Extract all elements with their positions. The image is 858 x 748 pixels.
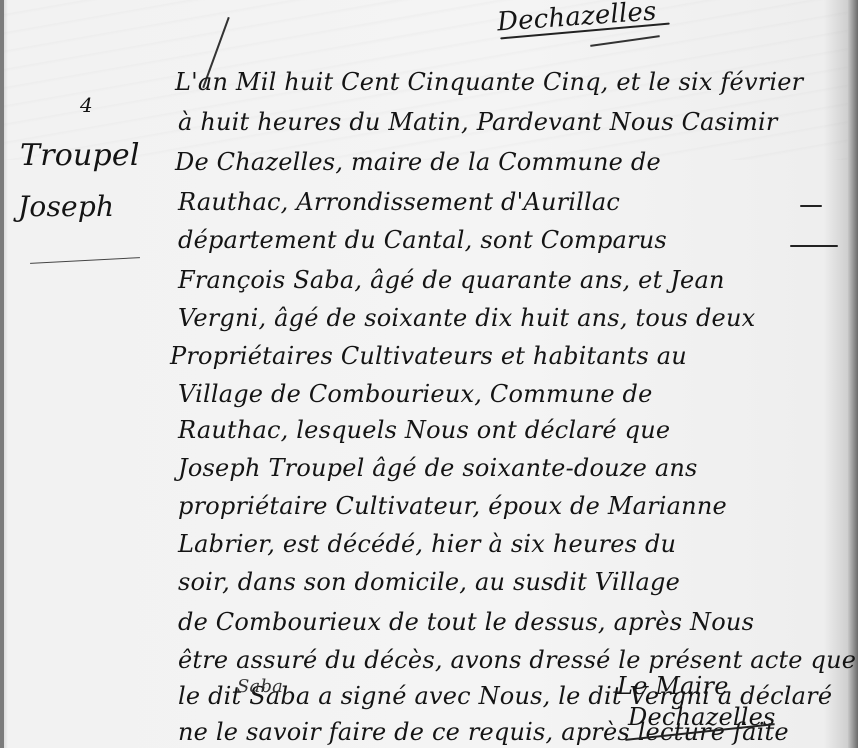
line-filler-dash xyxy=(800,205,822,207)
record-line: département du Cantal, sont Comparus xyxy=(178,226,667,254)
record-line: soir, dans son domicile, au susdit Villa… xyxy=(178,568,680,596)
record-line: Joseph Troupel âgé de soixante-douze ans xyxy=(178,454,698,482)
margin-divider xyxy=(30,257,140,264)
record-line: Village de Combourieux, Commune de xyxy=(178,380,653,408)
mayor-title: Le Maire xyxy=(617,672,729,700)
record-line: Rauthac, lesquels Nous ont déclaré que xyxy=(178,416,670,444)
record-line: propriétaire Cultivateur, époux de Maria… xyxy=(178,492,727,520)
register-page: Dechazelles 4 Troupel Joseph L'an Mil hu… xyxy=(0,0,858,748)
record-line: L'an Mil huit Cent Cinquante Cinq, et le… xyxy=(175,68,803,96)
record-line: Rauthac, Arrondissement d'Aurillac xyxy=(178,188,620,216)
margin-given-name: Joseph xyxy=(18,190,114,223)
record-line: Vergni, âgé de soixante dix huit ans, to… xyxy=(178,304,755,332)
record-line: François Saba, âgé de quarante ans, et J… xyxy=(178,266,725,294)
record-line: Propriétaires Cultivateurs et habitants … xyxy=(170,342,687,370)
record-line: de Combourieux de tout le dessus, après … xyxy=(178,608,754,636)
page-left-edge xyxy=(0,0,4,748)
record-line: De Chazelles, maire de la Commune de xyxy=(175,148,661,176)
page-binding-shadow xyxy=(848,0,858,748)
line-filler-dash xyxy=(790,245,838,247)
witness-signature: Saba xyxy=(237,676,283,697)
margin-entry-number: 4 xyxy=(80,93,93,117)
record-line: à huit heures du Matin, Pardevant Nous C… xyxy=(178,108,778,136)
record-line: être assuré du décès, avons dressé le pr… xyxy=(178,646,856,674)
margin-surname: Troupel xyxy=(20,138,140,173)
record-line: Labrier, est décédé, hier à six heures d… xyxy=(178,530,676,558)
